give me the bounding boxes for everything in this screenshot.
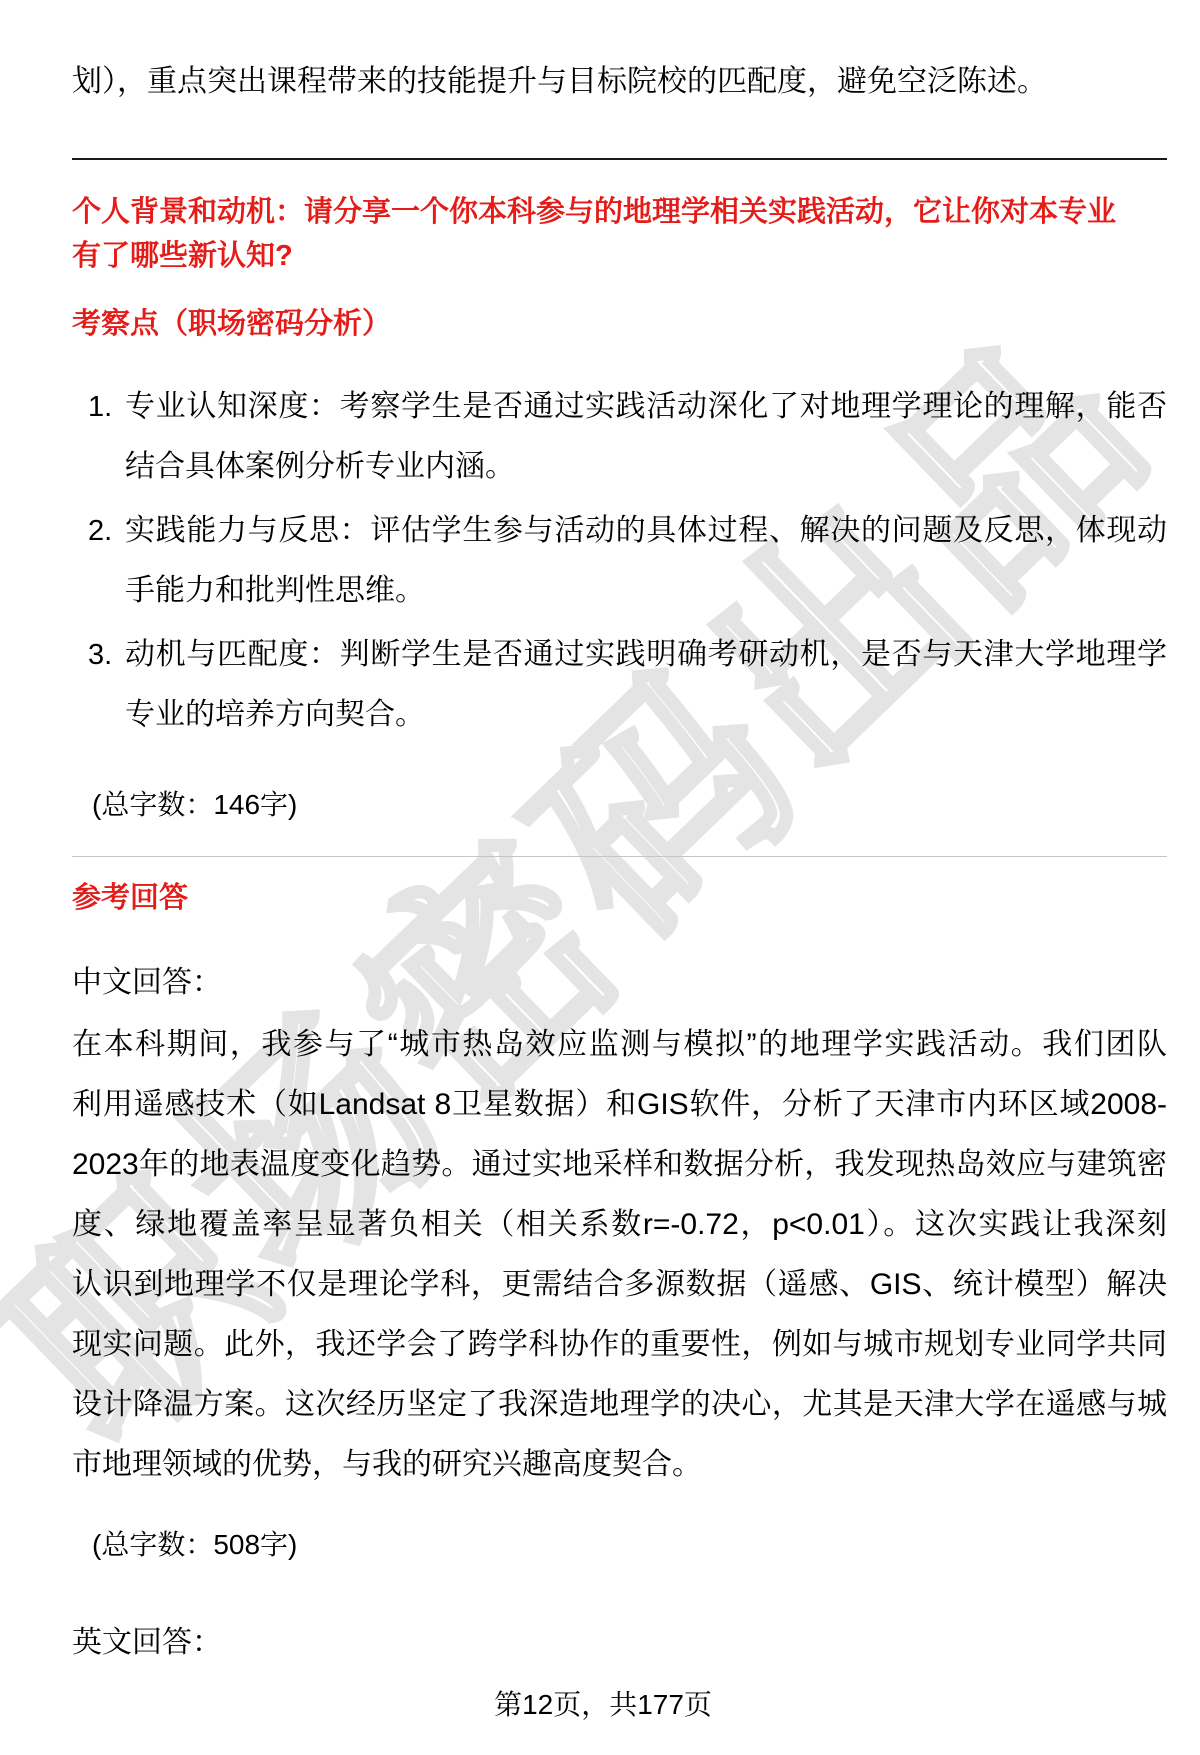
answer-line: 市地理领域的优势，与我的研究兴趣高度契合。 bbox=[72, 1435, 1167, 1495]
list-item-line: 结合具体案例分析专业内涵。 bbox=[125, 437, 1167, 497]
list-number: 1. bbox=[88, 377, 112, 437]
analysis-heading: 考察点（职场密码分析） bbox=[72, 302, 1167, 346]
question-line: 有了哪些新认知? bbox=[72, 234, 1167, 278]
chinese-answer-label: 中文回答： bbox=[72, 953, 1167, 1013]
answer-line: 度、绿地覆盖率呈显著负相关（相关系数r=-0.72，p<0.01）。这次实践让我… bbox=[72, 1195, 1167, 1255]
answer-line: 在本科期间，我参与了“城市热岛效应监测与模拟”的地理学实践活动。我们团队 bbox=[72, 1015, 1167, 1075]
answer-line: 现实问题。此外，我还学会了跨学科协作的重要性，例如与城市规划专业同学共同 bbox=[72, 1315, 1167, 1375]
question-heading: 个人背景和动机：请分享一个你本科参与的地理学相关实践活动，它让你对本专业 有了哪… bbox=[72, 190, 1167, 278]
list-number: 2. bbox=[88, 501, 112, 561]
section-divider-top bbox=[72, 158, 1167, 160]
document-page: 职场密码出品 划），重点突出课程带来的技能提升与目标院校的匹配度，避免空泛陈述。… bbox=[0, 0, 1200, 1755]
answer-line: 认识到地理学不仅是理论学科，更需结合多源数据（遥感、GIS、统计模型）解决 bbox=[72, 1255, 1167, 1315]
page-content: 划），重点突出课程带来的技能提升与目标院校的匹配度，避免空泛陈述。 个人背景和动… bbox=[0, 52, 1200, 1735]
answer-line: 设计降温方案。这次经历坚定了我深造地理学的决心，尤其是天津大学在遥感与城 bbox=[72, 1375, 1167, 1435]
answer-heading: 参考回答 bbox=[72, 876, 1167, 920]
list-item-line: 动机与匹配度：判断学生是否通过实践明确考研动机，是否与天津大学地理学 bbox=[125, 625, 1167, 685]
chinese-answer-paragraph: 在本科期间，我参与了“城市热岛效应监测与模拟”的地理学实践活动。我们团队 利用遥… bbox=[72, 1015, 1167, 1495]
answer-word-count: (总字数：508字) bbox=[72, 1515, 1167, 1575]
list-item-line: 专业认知深度：考察学生是否通过实践活动深化了对地理学理论的理解，能否 bbox=[125, 377, 1167, 437]
list-number: 3. bbox=[88, 625, 112, 685]
english-answer-label: 英文回答： bbox=[72, 1613, 1167, 1673]
section-divider-answer bbox=[72, 856, 1167, 857]
list-item-3: 3. 动机与匹配度：判断学生是否通过实践明确考研动机，是否与天津大学地理学 专业… bbox=[72, 625, 1167, 745]
answer-line: 2023年的地表温度变化趋势。通过实地采样和数据分析，我发现热岛效应与建筑密 bbox=[72, 1135, 1167, 1195]
list-item-line: 手能力和批判性思维。 bbox=[125, 561, 1167, 621]
analysis-list: 1. 专业认知深度：考察学生是否通过实践活动深化了对地理学理论的理解，能否 结合… bbox=[72, 377, 1167, 745]
answer-line: 利用遥感技术（如Landsat 8卫星数据）和GIS软件，分析了天津市内环区域2… bbox=[72, 1075, 1167, 1135]
question-line: 个人背景和动机：请分享一个你本科参与的地理学相关实践活动，它让你对本专业 bbox=[72, 190, 1167, 234]
list-item-1: 1. 专业认知深度：考察学生是否通过实践活动深化了对地理学理论的理解，能否 结合… bbox=[72, 377, 1167, 497]
list-item-line: 实践能力与反思：评估学生参与活动的具体过程、解决的问题及反思，体现动 bbox=[125, 501, 1167, 561]
intro-paragraph-line: 划），重点突出课程带来的技能提升与目标院校的匹配度，避免空泛陈述。 bbox=[72, 52, 1167, 112]
page-number-footer: 第12页，共177页 bbox=[72, 1675, 1167, 1735]
list-item-line: 专业的培养方向契合。 bbox=[125, 685, 1167, 745]
list-item-2: 2. 实践能力与反思：评估学生参与活动的具体过程、解决的问题及反思，体现动 手能… bbox=[72, 501, 1167, 621]
analysis-word-count: (总字数：146字) bbox=[72, 775, 1167, 835]
